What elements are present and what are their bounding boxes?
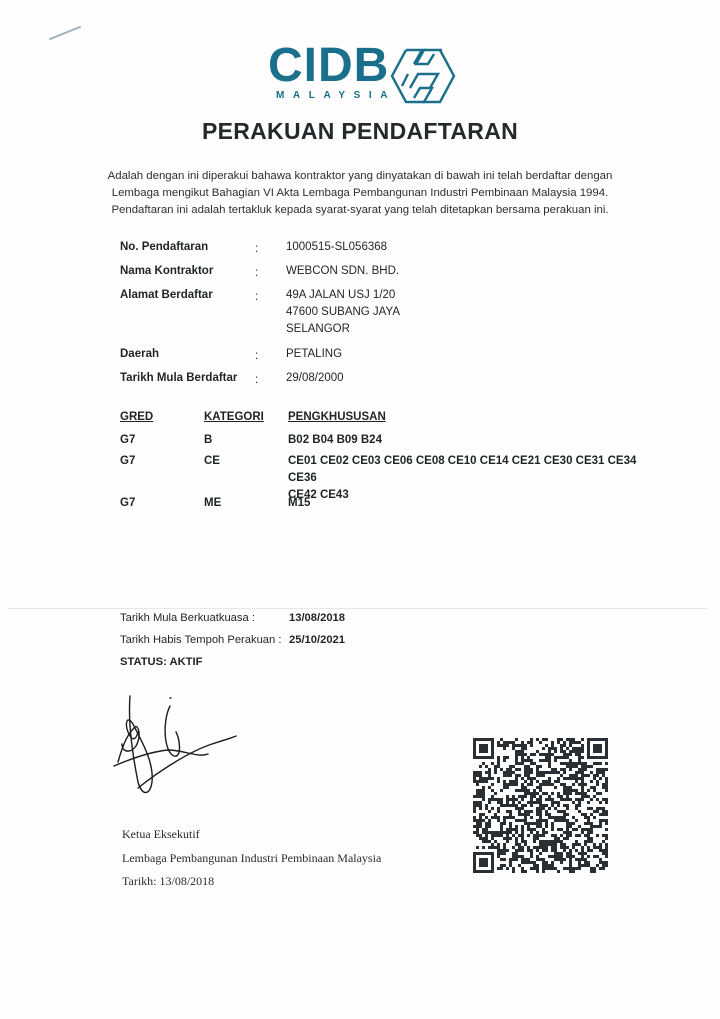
colon: : (255, 350, 258, 362)
colon: : (255, 374, 258, 386)
specialization-cell: B02 B04 B09 B24 (288, 432, 382, 449)
contractor-name-value: WEBCON SDN. BHD. (286, 263, 399, 280)
intro-line: Pendaftaran ini adalah tertakluk kepada … (100, 202, 620, 219)
intro-paragraph: Adalah dengan ini diperakui bahawa kontr… (100, 168, 620, 219)
logo-country: MALAYSIA (276, 90, 396, 101)
district-label: Daerah (120, 348, 159, 360)
signatory-date: Tarikh: 13/08/2018 (122, 874, 214, 889)
colon: : (255, 243, 258, 255)
registered-since-value: 29/08/2000 (286, 370, 344, 387)
scan-pen-mark (49, 26, 81, 41)
effective-date-label: Tarikh Mula Berkuatkuasa : (120, 612, 255, 624)
scan-artifact-line (8, 608, 708, 609)
logo-brand: CIDB (268, 38, 389, 94)
signatory-organization: Lembaga Pembangunan Industri Pembinaan M… (122, 851, 381, 866)
address-line: SELANGOR (286, 321, 400, 338)
address-line: 49A JALAN USJ 1/20 (286, 287, 400, 304)
qr-code-icon (473, 738, 608, 873)
table-header-specialization: PENGKHUSUSAN (288, 411, 386, 423)
effective-date-value: 13/08/2018 (289, 612, 345, 624)
cidb-logo: CIDB MALAYSIA (268, 44, 468, 106)
status-badge: STATUS: AKTIF (120, 656, 202, 668)
contractor-name-label: Nama Kontraktor (120, 265, 213, 277)
district-value: PETALING (286, 346, 342, 363)
address-value: 49A JALAN USJ 1/20 47600 SUBANG JAYA SEL… (286, 287, 400, 338)
category-cell: ME (204, 495, 221, 512)
intro-line: Lembaga mengikut Bahagian VI Akta Lembag… (100, 185, 620, 202)
registration-no-label: No. Pendaftaran (120, 241, 208, 253)
grade-cell: G7 (120, 453, 135, 470)
expiry-date-label: Tarikh Habis Tempoh Perakuan : (120, 634, 281, 646)
table-header-grade: GRED (120, 411, 153, 423)
grade-cell: G7 (120, 432, 135, 449)
table-header-category: KATEGORI (204, 411, 264, 423)
registered-since-label: Tarikh Mula Berdaftar (120, 372, 237, 384)
signature-image (108, 692, 258, 802)
registration-no-value: 1000515-SL056368 (286, 239, 387, 256)
grade-cell: G7 (120, 495, 135, 512)
category-cell: CE (204, 453, 220, 470)
expiry-date-value: 25/10/2021 (289, 634, 345, 646)
signatory-title: Ketua Eksekutif (122, 827, 200, 842)
specialization-line: CE01 CE02 CE03 CE06 CE08 CE10 CE14 CE21 … (288, 453, 668, 487)
colon: : (255, 291, 258, 303)
address-line: 47600 SUBANG JAYA (286, 304, 400, 321)
specialization-cell: CE01 CE02 CE03 CE06 CE08 CE10 CE14 CE21 … (288, 453, 668, 504)
cidb-emblem-icon (388, 46, 458, 106)
page-title: PERAKUAN PENDAFTARAN (0, 118, 720, 145)
colon: : (255, 267, 258, 279)
specialization-line: CE42 CE43 (288, 487, 668, 504)
category-cell: B (204, 432, 212, 449)
specialization-cell: M15 (288, 495, 310, 512)
intro-line: Adalah dengan ini diperakui bahawa kontr… (100, 168, 620, 185)
address-label: Alamat Berdaftar (120, 289, 213, 301)
